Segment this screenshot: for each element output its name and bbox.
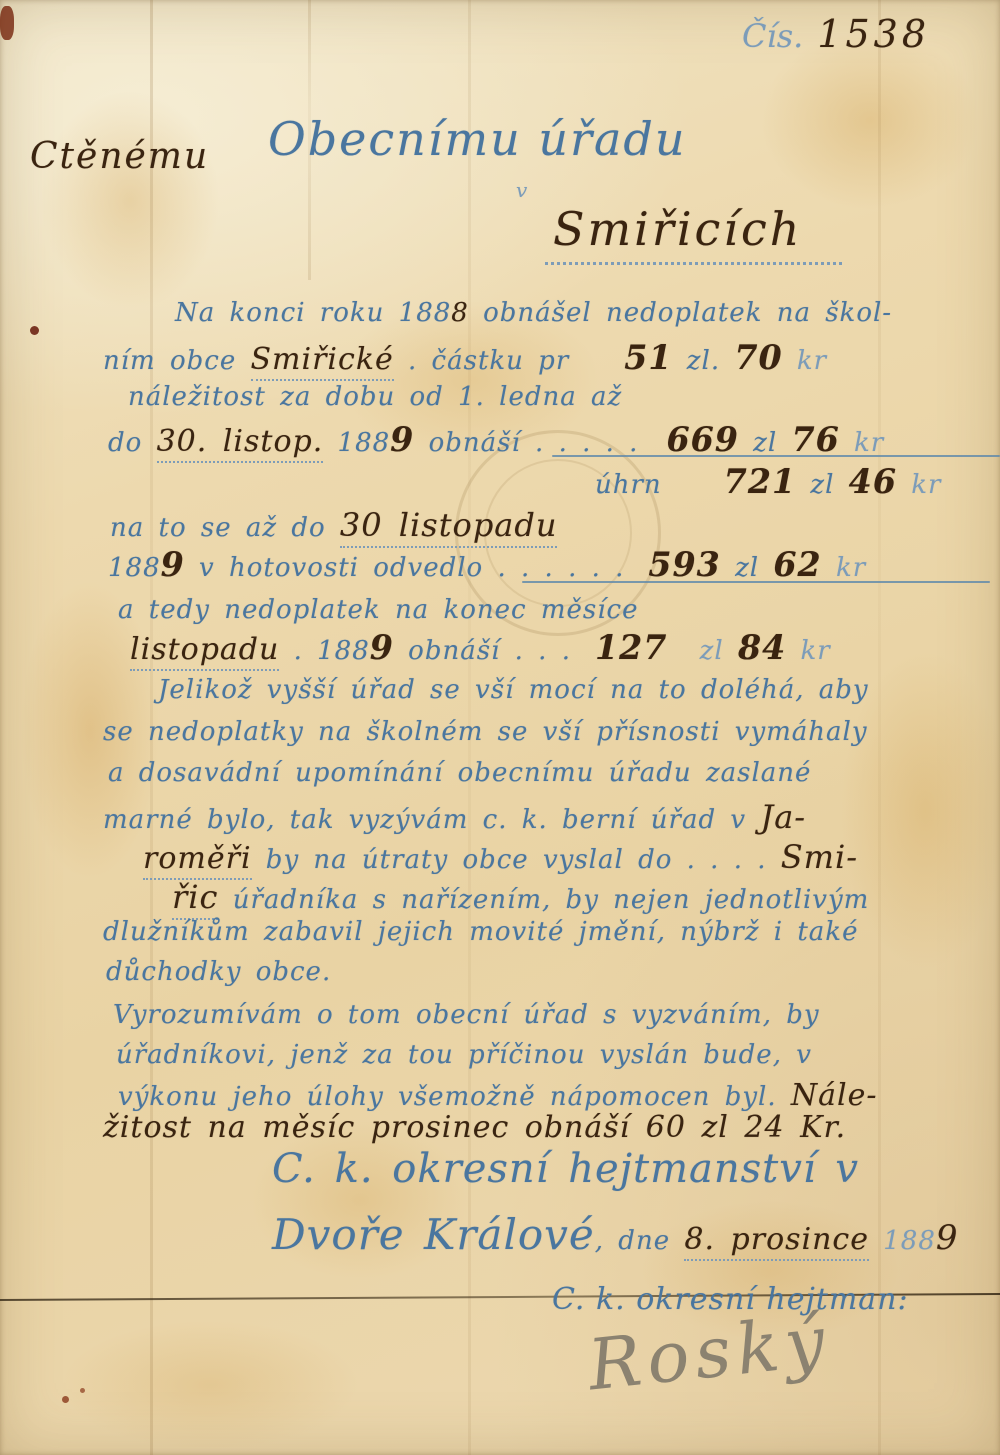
text-segment: 188 — [323, 428, 390, 458]
ink-speck — [30, 326, 39, 335]
text-segment: , dne — [595, 1226, 685, 1256]
text-segment: obnáší . . . — [394, 636, 571, 666]
paper-stain — [40, 90, 220, 310]
text-segment: 9 — [161, 545, 185, 584]
body-line-19: úřadníkovi, jenž za tou příčinou vyslán … — [116, 1040, 812, 1070]
text-segment: na to se až do — [110, 513, 340, 543]
text-segment: žitost na měsíc prosinec obnáší 60 zl 24… — [103, 1110, 846, 1145]
text-segment: 9 — [370, 628, 394, 667]
text-segment: Smiřické — [251, 342, 394, 381]
text-segment: 669 — [666, 420, 738, 459]
paper-stain — [60, 1320, 360, 1450]
text-segment: zl. — [673, 346, 735, 376]
text-segment: kr — [840, 428, 884, 458]
text-segment: kr — [822, 553, 866, 583]
text-segment: a tedy nedoplatek na konec měsíce — [118, 595, 638, 625]
text-segment: Nále- — [791, 1078, 878, 1113]
text-segment: ním obce — [103, 346, 251, 376]
text-segment: zl — [739, 428, 792, 458]
text-segment: 70 — [734, 338, 782, 377]
text-segment: dlužníkům zabavil jejich movité jmění, n… — [103, 917, 858, 947]
text-segment: 8. prosince — [684, 1222, 869, 1261]
body-line-21: žitost na měsíc prosinec obnáší 60 zl 24… — [103, 1110, 846, 1145]
text-segment: úhrn — [595, 470, 662, 500]
amount-underline — [522, 581, 990, 583]
text-segment: Smi- — [781, 838, 858, 876]
ink-speck — [62, 1396, 69, 1403]
text-segment: Na konci roku 188 — [175, 298, 451, 328]
text-segment: úřadníka s nařízením, by nejen jednotliv… — [218, 885, 869, 915]
text-segment: 51 — [624, 338, 672, 377]
text-segment: Dvoře Králové — [272, 1210, 595, 1259]
closing-line-2: Dvoře Králové, dne 8. prosince 1889 — [272, 1210, 959, 1259]
text-segment: kr — [783, 346, 827, 376]
body-line-11: se nedoplatky na školném se vší přísnost… — [103, 717, 868, 747]
text-segment: 9 — [936, 1218, 959, 1258]
body-line-15: řic úřadníka s nařízením, by nejen jedno… — [172, 878, 869, 916]
text-segment: 188 — [869, 1226, 936, 1256]
text-segment: a dosavádní upomínání obecnímu úřadu zas… — [108, 758, 811, 788]
text-segment: se nedoplatky na školném se vší přísnost… — [103, 717, 868, 747]
document-number-row: Čís.1538 — [742, 12, 930, 56]
body-line-20: výkonu jeho úlohy všemožně nápomocen byl… — [118, 1078, 878, 1113]
text-segment: obnáší . . . . . — [414, 428, 638, 458]
ink-speck — [80, 1388, 85, 1393]
body-line-17: důchodky obce. — [106, 957, 331, 987]
text-segment: 76 — [791, 420, 839, 459]
body-line-14: roměři by na útraty obce vyslal do . . .… — [143, 838, 858, 876]
aged-letter-document: Čís.1538 Ctěnému Obecnímu úřadu v Smiřic… — [0, 0, 1000, 1455]
text-segment: roměři — [143, 841, 252, 880]
body-line-7: 1889 v hotovosti odvedlo . . . . . .593 … — [108, 545, 866, 584]
body-line-4: do 30. listop. 1889 obnáší . . . . .669 … — [108, 420, 884, 459]
document-number-label: Čís. — [742, 17, 803, 55]
text-segment: Vyrozumívám o tom obecní úřad s vyzváním… — [113, 1000, 820, 1030]
closing-line-1: C. k. okresní hejtmanství v — [272, 1146, 859, 1192]
body-line-10: Jelikož vyšší úřad se vší mocí na to dol… — [158, 675, 869, 705]
text-segment: marné bylo, tak vyzývám c. k. berní úřad… — [103, 805, 760, 835]
body-line-13: marné bylo, tak vyzývám c. k. berní úřad… — [103, 798, 806, 836]
text-segment: kr — [897, 470, 941, 500]
amount-underline — [552, 455, 1000, 457]
text-segment: úřadníkovi, jenž za tou příčinou vyslán … — [116, 1040, 812, 1070]
text-segment: důchodky obce. — [106, 957, 331, 987]
text-segment: 30 listopadu — [340, 506, 558, 548]
text-segment: Ja- — [760, 798, 806, 836]
text-segment: 30. listop. — [157, 424, 324, 463]
text-segment: náležitost za dobu od 1. ledna až — [128, 382, 622, 412]
text-segment: v hotovosti odvedlo . . . . . . — [185, 553, 625, 583]
addressee-place: Smiřicích — [545, 202, 842, 265]
body-line-6: na to se až do 30 listopadu — [110, 506, 557, 544]
text-segment: obnášel nedoplatek na škol- — [469, 298, 892, 328]
text-segment: 593 — [648, 545, 720, 584]
text-segment: 9 — [390, 420, 414, 459]
body-line-8: a tedy nedoplatek na konec měsíce — [118, 595, 638, 625]
text-segment: zl — [721, 553, 774, 583]
text-segment: kr — [786, 636, 830, 666]
text-segment: . 188 — [279, 636, 369, 666]
text-segment: 62 — [773, 545, 821, 584]
text-segment: 8 — [451, 298, 469, 328]
salutation: Ctěnému — [30, 136, 209, 177]
text-segment: C. k. okresní hejtmanství v — [272, 1146, 859, 1192]
text-segment: 46 — [849, 462, 897, 501]
text-segment: listopadu — [130, 632, 279, 671]
text-segment: řic — [172, 878, 218, 920]
text-segment: do — [108, 428, 157, 458]
document-number-value: 1538 — [817, 12, 930, 56]
text-segment: 84 — [738, 628, 786, 667]
body-line-2: ním obce Smiřické . částku pr51 zl. 70 k… — [103, 338, 827, 377]
text-segment: . částku pr — [394, 346, 569, 376]
body-line-9: listopadu . 1889 obnáší . . .127 zl 84 k… — [130, 628, 831, 667]
body-line-16: dlužníkům zabavil jejich movité jmění, n… — [103, 917, 858, 947]
text-segment: 127 — [595, 628, 667, 667]
text-segment: by na útraty obce vyslal do . . . . — [252, 845, 781, 875]
ink-speck — [0, 6, 14, 40]
body-line-12: a dosavádní upomínání obecnímu úřadu zas… — [108, 758, 811, 788]
text-segment: zl — [796, 470, 849, 500]
body-line-1: Na konci roku 1888 obnášel nedoplatek na… — [175, 298, 892, 328]
text-segment: 188 — [108, 553, 161, 583]
body-line-5: úhrn721 zl 46 kr — [595, 462, 941, 501]
text-segment: výkonu jeho úlohy všemožně nápomocen byl… — [118, 1082, 791, 1112]
paper-stain — [760, 30, 980, 210]
body-line-18: Vyrozumívám o tom obecní úřad s vyzváním… — [113, 1000, 820, 1030]
preposition-v: v — [516, 178, 527, 202]
text-segment: 721 — [724, 462, 796, 501]
text-segment: Jelikož vyšší úřad se vší mocí na to dol… — [158, 675, 869, 705]
addressee-office: Obecnímu úřadu — [268, 112, 686, 166]
body-line-3: náležitost za dobu od 1. ledna až — [128, 382, 622, 412]
text-segment: zl — [685, 636, 738, 666]
